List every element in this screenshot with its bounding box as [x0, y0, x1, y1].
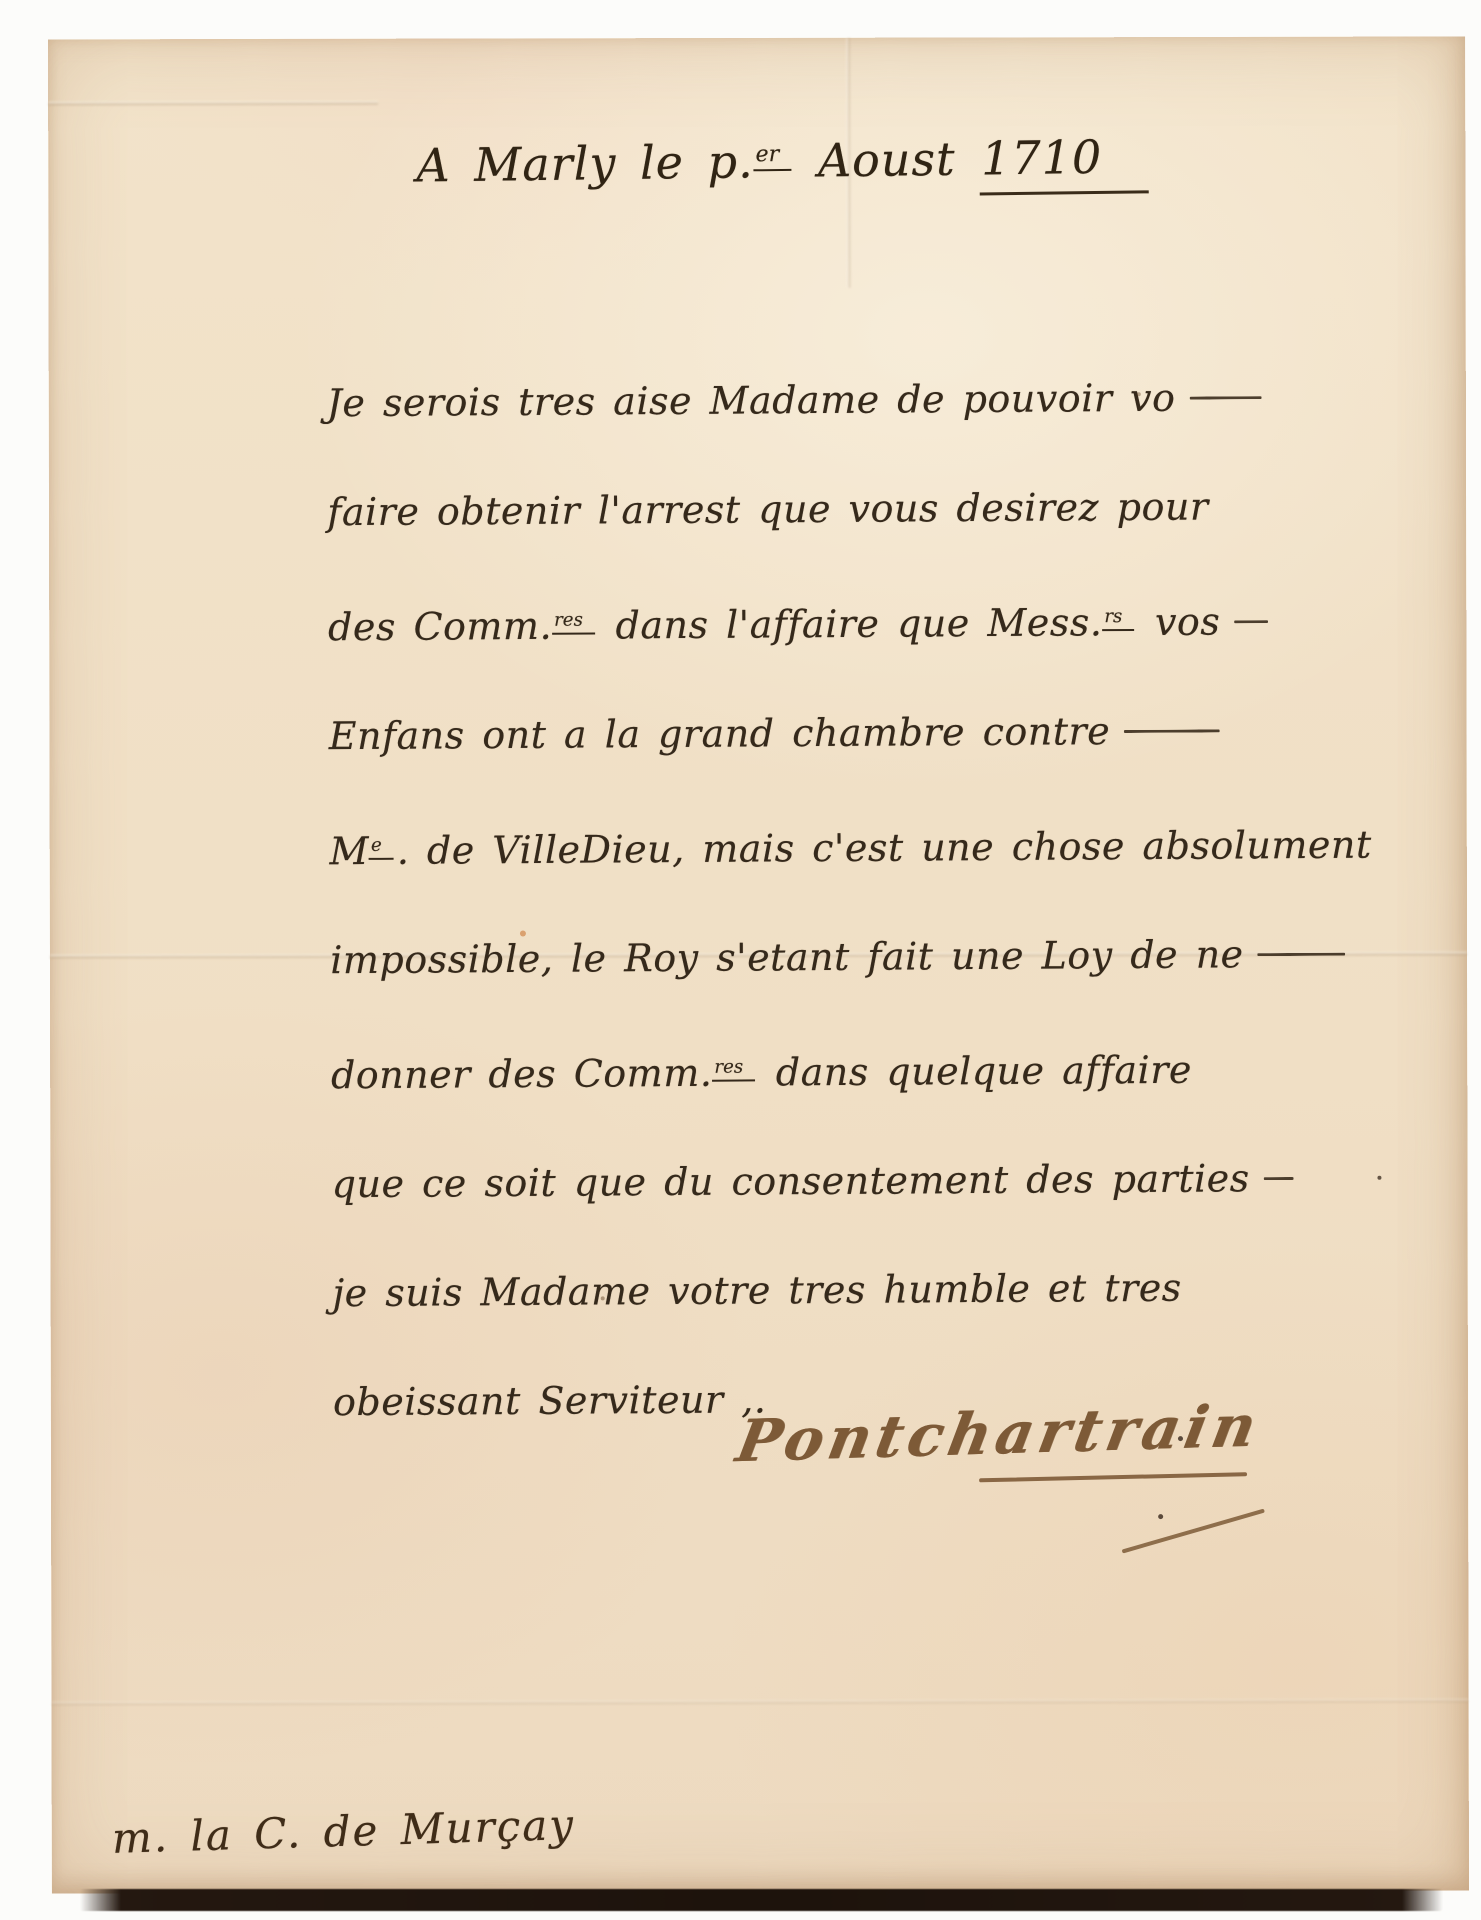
manuscript-line: Enfans ont a la grand chambre contre — [328, 676, 1371, 792]
handwritten-text-run: impossible, le Roy s'etant fait une Loy … — [330, 933, 1244, 983]
manuscript-line: je suis Madame votre tres humble et tres — [332, 1233, 1375, 1349]
pen-flourish-dash — [1124, 730, 1220, 734]
handwritten-text-run: donner des Comm. — [331, 1051, 713, 1097]
handwritten-text-run: A Marly le p. — [416, 134, 754, 192]
handwritten-text-run: faire obtenir l'arrest que vous desirez … — [327, 484, 1208, 534]
abbreviation-superscript: res — [712, 1057, 755, 1082]
signature-underline-flourish — [979, 1472, 1247, 1482]
manuscript-line: faire obtenir l'arrest que vous desirez … — [327, 451, 1370, 567]
handwritten-text-run: . de VilleDieu, mais c'est une chose abs… — [397, 823, 1372, 873]
handwritten-text-run: dans quelque affaire — [758, 1048, 1192, 1095]
manuscript-line: des Comm.res dans l'affaire que Mess.rs … — [328, 560, 1371, 682]
pen-flourish-dash — [1234, 620, 1268, 623]
pen-flourish-dash — [1258, 953, 1346, 957]
handwritten-text-run: dans l'affaire que Mess. — [598, 600, 1103, 647]
fold-crease-horizontal-bottom — [52, 1699, 1469, 1706]
manuscript-line: Je serois tres aise Madame de pouvoir vo — [326, 342, 1369, 458]
letter-page: A Marly le p.er Aoust 1710 Je serois tre… — [48, 37, 1469, 1894]
manuscript-line: Me. de VilleDieu, mais c'est une chose a… — [329, 785, 1372, 907]
abbreviation-superscript: res — [552, 609, 595, 634]
handwritten-text-run: que ce soit que du consentement des part… — [332, 1157, 1250, 1207]
fold-crease-horizontal-top — [48, 101, 378, 106]
handwritten-text-run: vos — [1137, 600, 1220, 645]
scanned-letter-background: A Marly le p.er Aoust 1710 Je serois tre… — [0, 0, 1481, 1920]
handwritten-text-run: Je serois tres aise Madame de pouvoir vo — [327, 376, 1176, 425]
underlined-year: 1710 — [979, 129, 1149, 195]
docket-annotation: m. la C. de Murçay — [111, 1800, 575, 1863]
handwritten-text-run: Enfans ont a la grand chambre contre — [329, 709, 1111, 758]
manuscript-line: donner des Comm.res dans quelque affaire — [331, 1009, 1374, 1131]
ink-speck — [1377, 1176, 1381, 1180]
manuscript-line: impossible, le Roy s'etant fait une Loy … — [330, 900, 1373, 1016]
abbreviation-superscript: rs — [1102, 606, 1134, 631]
pen-flourish-dash — [1264, 1177, 1294, 1180]
handwritten-text-run: obeissant Serviteur ,. — [333, 1378, 767, 1425]
pen-flourish-dash — [1189, 396, 1261, 399]
handwritten-text-run: M — [329, 829, 369, 873]
handwritten-text-run: je suis Madame votre tres humble et tres — [332, 1266, 1182, 1315]
manuscript-line: que ce soit que du consentement des part… — [331, 1124, 1374, 1240]
handwritten-text-run: Aoust — [794, 131, 980, 187]
ink-speck — [1158, 1514, 1163, 1519]
dateline: A Marly le p.er Aoust 1710 — [416, 129, 1149, 192]
handwritten-text-run: des Comm. — [328, 604, 552, 649]
signature-pen-stroke — [1122, 1509, 1265, 1553]
letter-body: Je serois tres aise Madame de pouvoir vo… — [326, 342, 1375, 1457]
scan-shadow-edge — [80, 1889, 1443, 1911]
abbreviation-superscript: er — [753, 142, 791, 171]
abbreviation-superscript: e — [369, 835, 394, 860]
